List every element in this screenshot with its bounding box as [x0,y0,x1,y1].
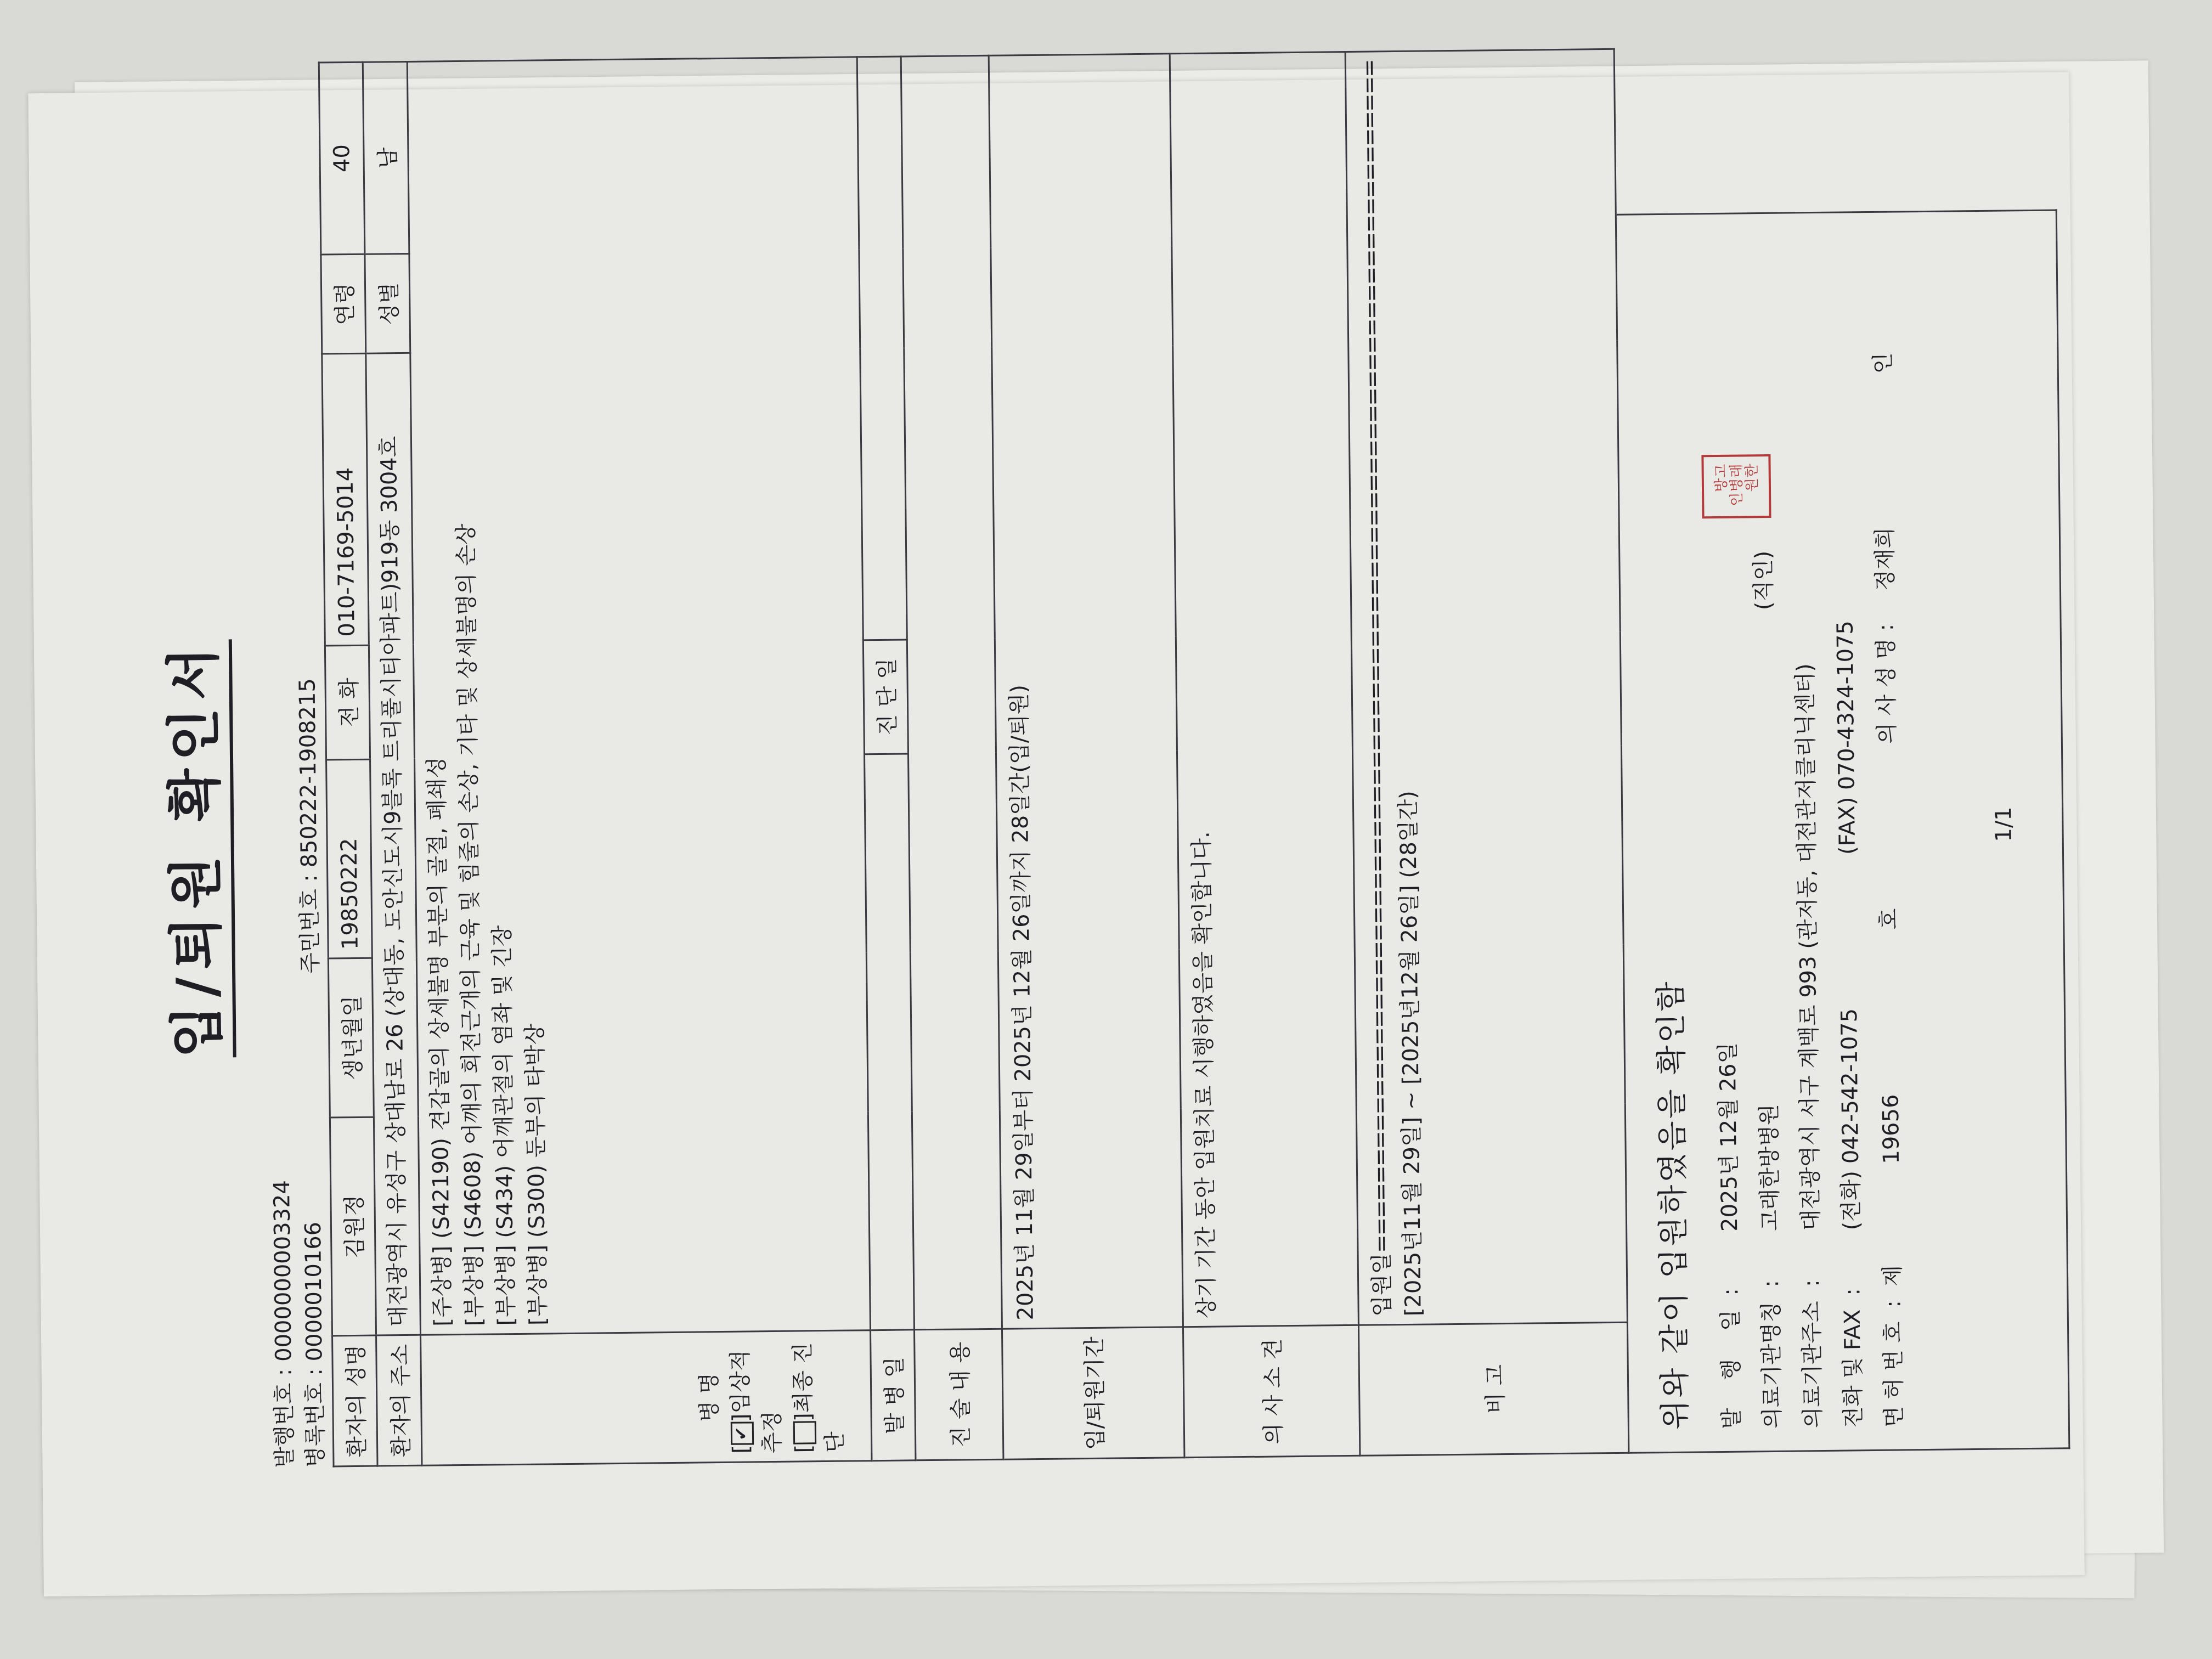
label-diagnosis: 병 명 [✔]임상적 추정 []최종 진단 [421,1330,872,1465]
document-title: 입/퇴원 확인서 [145,228,237,1469]
remarks: 입원일=====================================… [1345,49,1627,1325]
label-sex: 성별 [365,253,410,353]
row-surgery: 진 술 내 용 [901,55,1003,1460]
label-diagnosis-date: 진 단 일 [863,639,908,754]
label-birth: 생년월일 [328,958,374,1118]
patient-phone: 010-7169-5014 [322,353,369,645]
label-patient-name: 환자의 성명 [332,1335,377,1466]
check-icon: ✔ [731,1422,754,1445]
diagnosis-list: [주상병] (S42190) 견갑골의 상세불명 부분의 골절, 폐쇄성 [부상… [407,57,870,1335]
label-admission-period: 입/퇴원기간 [1002,1327,1184,1459]
checkbox-clinical-estimate[interactable]: [✔]임상적 추정 [723,1340,786,1454]
row-diagnosis: 병 명 [✔]임상적 추정 []최종 진단 [주상병] (S42190) 견갑골… [407,57,872,1466]
row-opinion: 의 사 소 견 상기 기간 동안 입원치료 시행하였음을 확인합니다. [1170,52,1360,1457]
row-remarks: 비 고 입원일=================================… [1345,49,1629,1455]
label-address: 환자의 주소 [376,1335,422,1466]
doctor-opinion: 상기 기간 동안 입원치료 시행하였음을 확인합니다. [1170,52,1358,1327]
onset-date [865,754,915,1330]
patient-age: 40 [319,62,365,255]
seal-label: (직인) [1743,550,1784,610]
label-age: 연령 [321,254,366,354]
label-remarks: 비 고 [1358,1323,1628,1456]
record-number: 병록번호 : 0000010166 [297,1180,331,1468]
admission-period: 2025년 11월 29일부터 2025년 12월 26일까지 28일간(입/퇴… [989,54,1183,1329]
patient-form-table: 환자의 성명 김원정 생년월일 19850222 전 화 010-7169-50… [318,48,1630,1468]
label-phone: 전 화 [325,645,370,760]
patient-sex: 남 [363,61,409,254]
issue-number: 발행번호 : 0000000003324 [267,1180,300,1468]
confirmation-statement: 위와 같이 입원하였음을 확인함 [1639,237,1695,1430]
label-surgery: 진 술 내 용 [914,1329,1003,1460]
document-page: 입/퇴원 확인서 발행번호 : 0000000003324 병록번호 : 000… [28,72,2084,1596]
checkbox-final-diagnosis[interactable]: []최종 진단 [785,1339,849,1453]
patient-birth: 19850222 [326,759,373,958]
document-meta: 발행번호 : 0000000003324 병록번호 : 0000010166 주… [257,228,333,1468]
row-admission: 입/퇴원기간 2025년 11월 29일부터 2025년 12월 26일까지 2… [989,54,1184,1460]
patient-name: 김원정 [330,1117,376,1336]
doctor-name: 정재희 [1865,527,1906,591]
hospital-seal-icon: 고래한방병원인 [1701,454,1771,518]
resident-number: 주민번호 : 850222-1908215 [292,678,326,974]
label-onset: 발 병 일 [871,1330,916,1461]
diagnosis-date [857,57,907,640]
label-doctor-opinion: 의 사 소 견 [1183,1325,1359,1458]
surgery-details [901,55,1002,1330]
